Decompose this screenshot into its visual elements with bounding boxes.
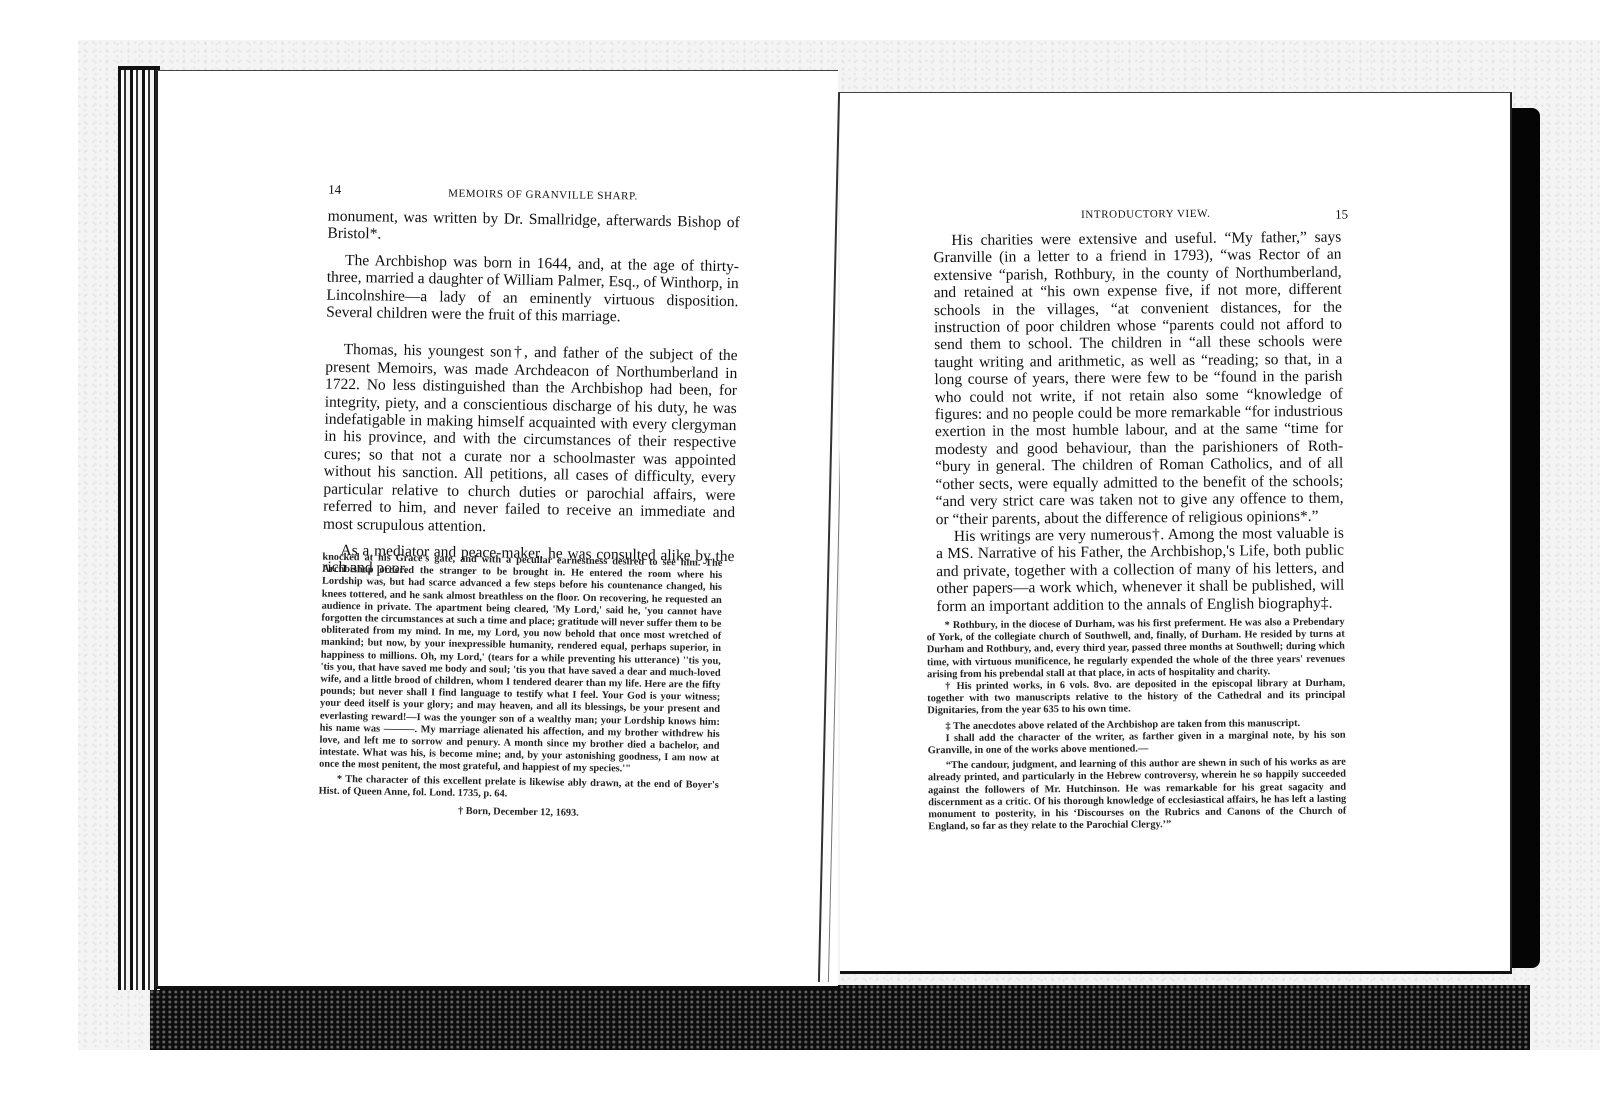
footnote: * Rothbury, in the diocese of Durham, wa… [927,617,1346,682]
paragraph: The Archbishop was born in 1644, and, at… [326,251,739,327]
paragraph: Thomas, his youngest son†, and father of… [323,341,738,539]
main-text: His charities were extensive and useful.… [933,229,1344,615]
page-number: 14 [328,182,341,198]
footnote-star: * The character of this excellent prelat… [319,773,719,804]
right-page: INTRODUCTORY VIEW. 15 His charities were… [840,92,1512,974]
footnote: I shall add the character of the writer,… [928,729,1346,757]
running-head: INTRODUCTORY VIEW. [1081,208,1210,221]
page-number: 15 [1335,207,1348,223]
running-head: MEMOIRS OF GRANVILLE SHARP. [448,188,638,203]
paragraph: His writings are very numerous†. Among t… [936,525,1345,616]
main-text: monument, was written by Dr. Smallridge,… [322,208,740,583]
footnote-dagger: † Born, December 12, 1693. [318,804,718,822]
left-page: 14 MEMOIRS OF GRANVILLE SHARP. monument,… [155,70,838,989]
footnotes: * Rothbury, in the diocese of Durham, wa… [927,617,1347,834]
footnote: “The candour, judgment, and learning of … [928,757,1347,834]
footnote: † His printed works, in 6 vols. 8vo. are… [927,678,1345,718]
footnote-continuation: knocked at his Grace's gate, and with a … [319,552,722,778]
paragraph: His charities were extensive and useful.… [933,229,1344,528]
paragraph: monument, was written by Dr. Smallridge,… [327,208,739,249]
book-shadow [150,985,1530,1050]
footnotes: knocked at his Grace's gate, and with a … [318,552,722,823]
